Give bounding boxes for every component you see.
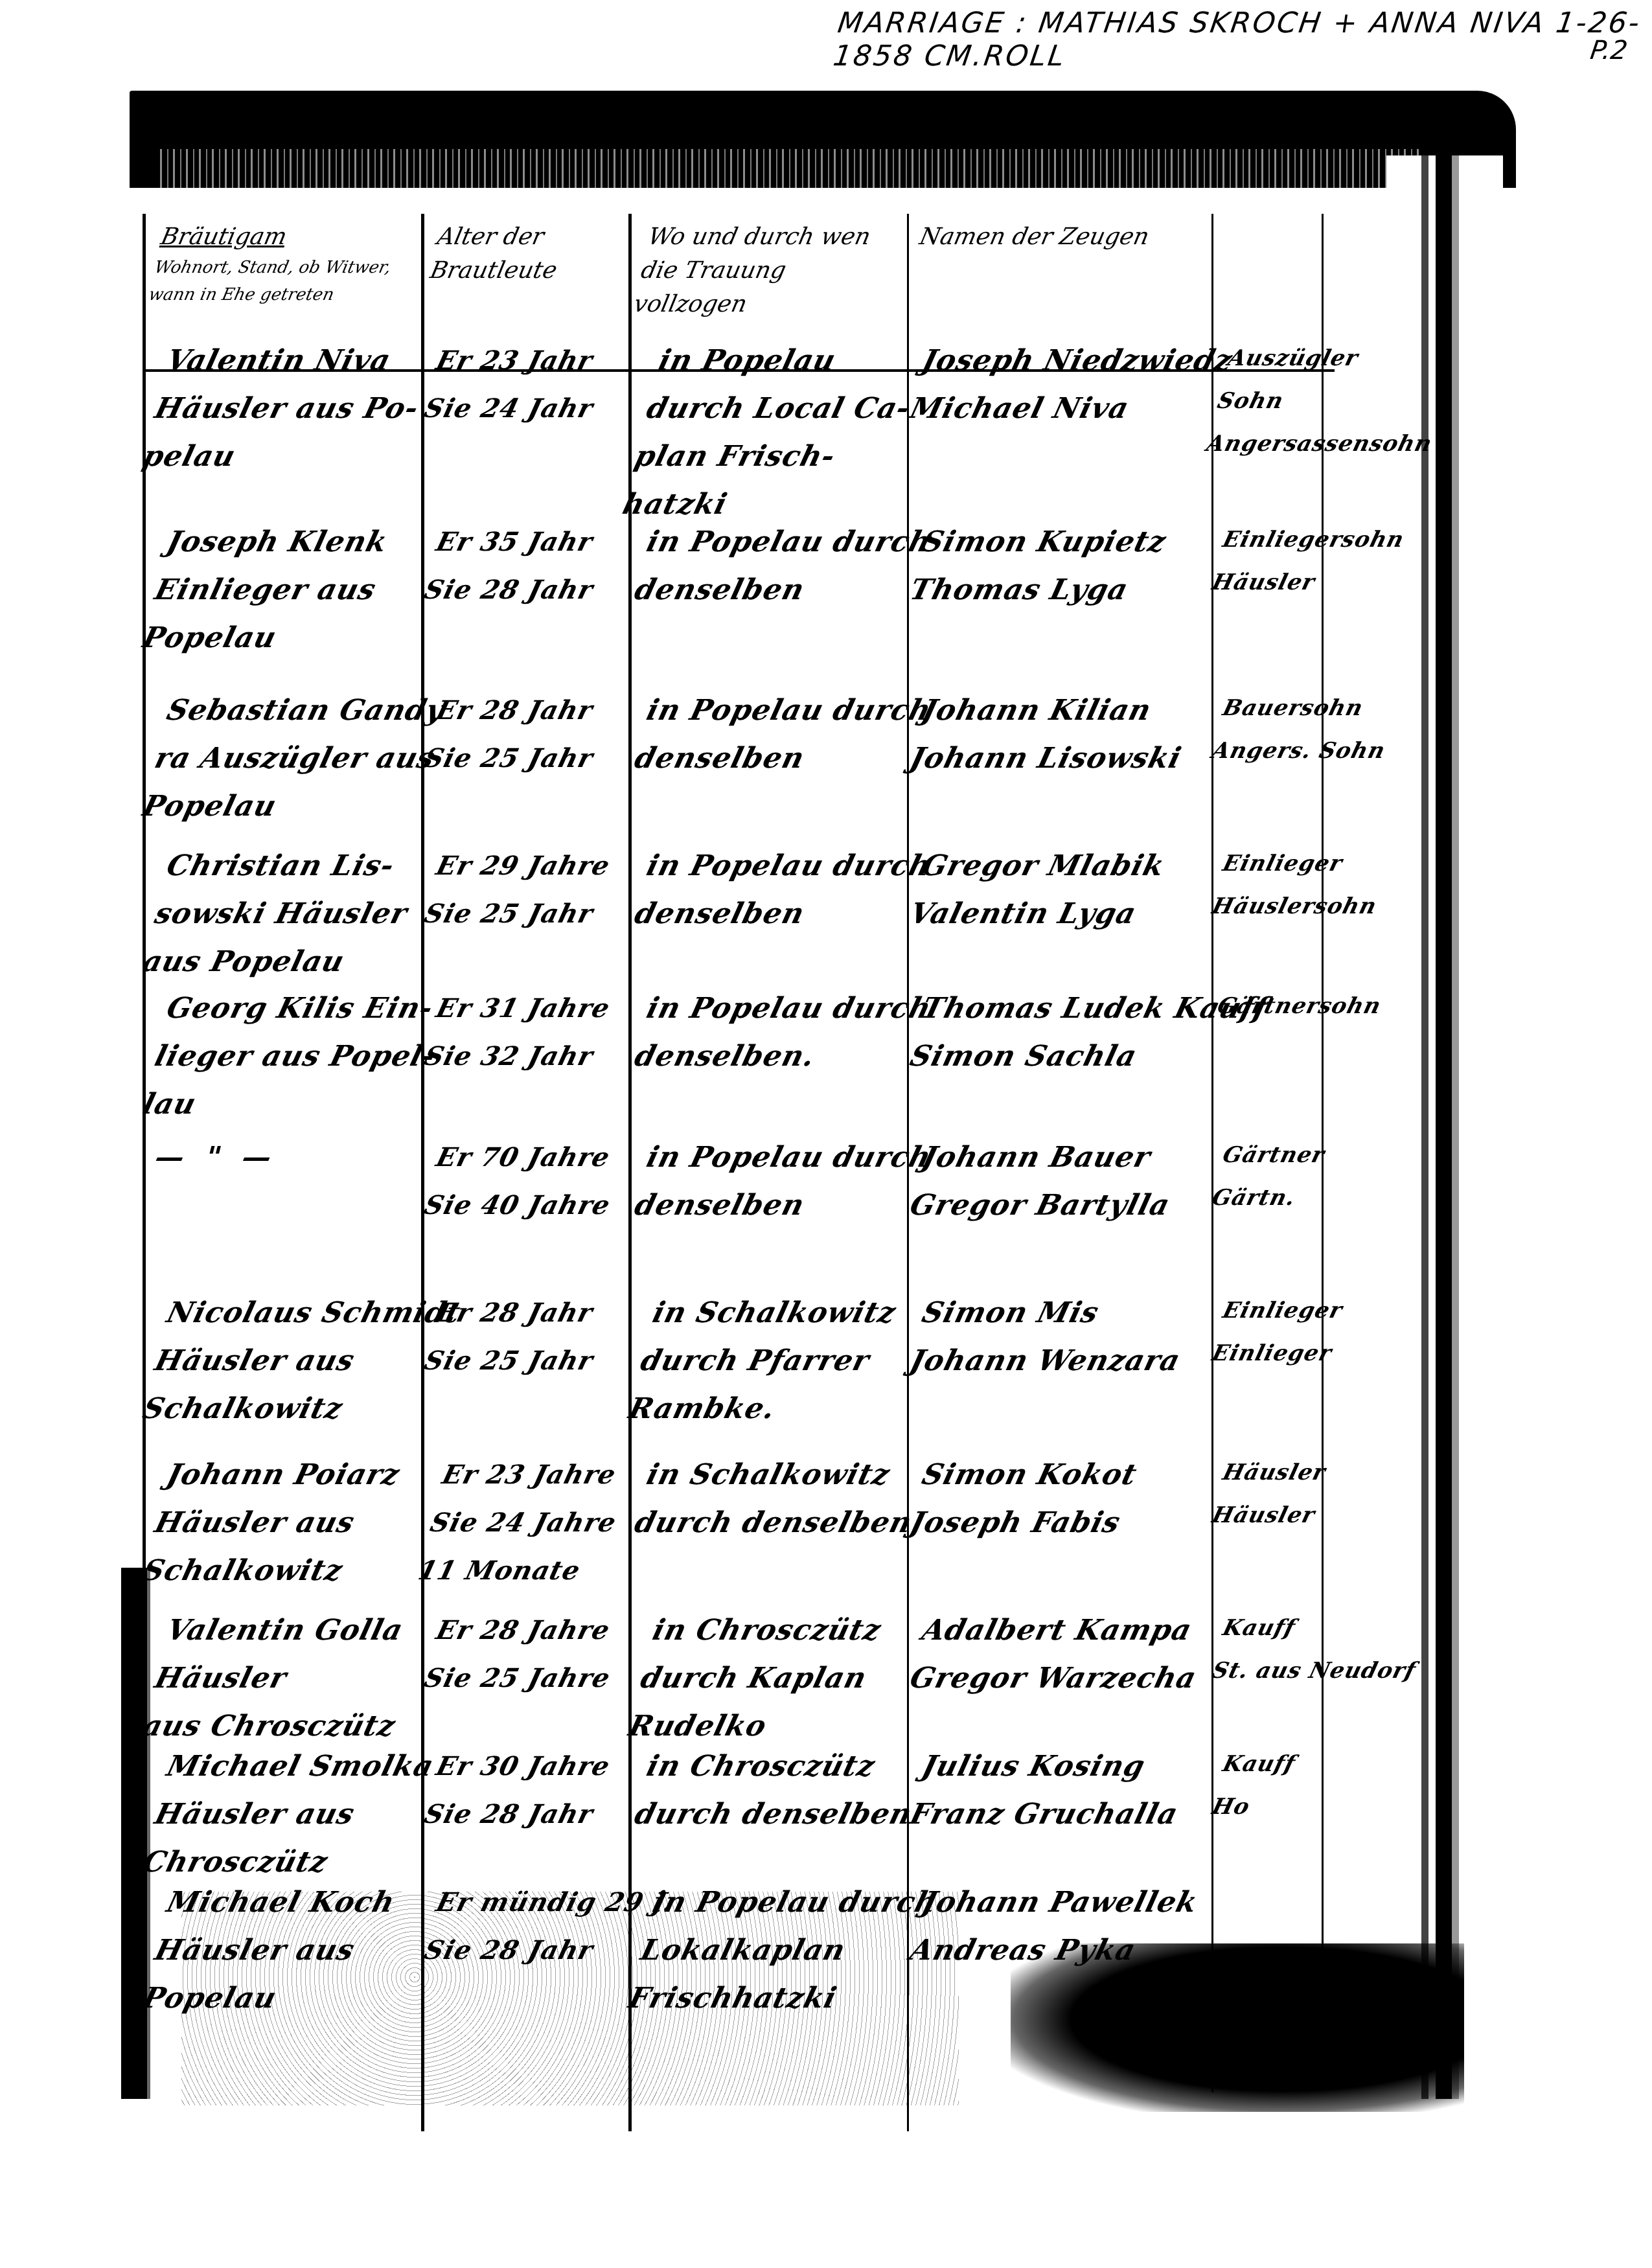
entry-groom: Michael Smolka Häusler aus Chrosczütz [137,1743,439,1886]
entry-groom: Joseph Klenk Einlieger aus Popelau [137,518,393,662]
entry-witnesses: Gregor Mlabik Valentin Lyga [905,842,1170,938]
header-age: Alter der Brautleute [427,220,629,288]
entry-witnesses: Simon Kupietz Thomas Lyga [905,518,1172,614]
entry-place: in Popelau durch denselben [630,842,937,938]
entry-witnesses: Johann Kilian Johann Lisowski [905,687,1199,783]
entry-groom: Valentin Golla Häusler aus Chrosczütz [137,1607,424,1750]
entry-age: Er 23 Jahr Sie 24 Jahr [419,337,611,433]
entry-witnesses: Julius Kosing Franz Gruchalla [905,1743,1195,1838]
header-witnesses: Namen der Zeugen [916,220,1208,254]
entry-place: in Popelau durch Lokalkaplan Frischhatzk… [623,1879,943,2022]
entry-age: Er 31 Jahre Sie 32 Jahr [419,985,615,1081]
entry-place: in Popelau durch denselben. [630,985,937,1081]
header-place: Wo und durch wen die Trauung vollzogen [630,220,911,321]
entry-remarks: Kauff St. aus Neudorf [1208,1607,1432,1692]
entry-groom: Georg Kilis Ein- lieger aus Popel- lau [137,985,453,1128]
entry-witnesses: Joseph Niedzwiedz Michael Niva [905,337,1238,433]
entry-remarks: Gärtnersohn [1213,985,1386,1027]
entry-groom: Michael Koch Häusler aus Popelau [137,1879,400,2022]
register-page: Bräutigam Wohnort, Stand, ob Witwer, wan… [104,91,1503,2112]
entry-place: in Popelau durch Local Ca- plan Frisch- … [617,337,927,529]
entry-age: Er 28 Jahre Sie 25 Jahre [419,1607,628,1702]
entry-age: Er 35 Jahr Sie 28 Jahr [419,518,611,614]
entry-remarks: Einlieger Häuslersohn [1208,842,1393,928]
scan-shadow-top [130,91,1516,188]
entry-remarks: Auszügler Sohn Angersassensohn [1202,337,1458,465]
entry-remarks: Häusler Häusler [1208,1451,1331,1537]
entry-witnesses: Simon Mis Johann Wenzara [905,1289,1198,1385]
entry-witnesses: Johann Pawellek Andreas Pyka [905,1879,1203,1975]
entry-place: in Popelau durch denselben [630,1134,937,1230]
entry-remarks: Einlieger Einlieger [1208,1289,1348,1375]
header-groom: Bräutigam Wohnort, Stand, ob Witwer, wan… [146,220,424,308]
entry-age: Er 29 Jahre Sie 25 Jahr [419,842,615,938]
entry-age: Er 23 Jahre Sie 24 Jahre 11 Monate [413,1451,634,1595]
entry-groom: Christian Lis- sowski Häusler aus Popela… [137,842,424,986]
entry-remarks: Einliegersohn Häusler [1208,518,1410,604]
entry-remarks: Gärtner Gärtn. [1208,1134,1330,1219]
entry-witnesses: Simon Kokot Joseph Fabis [905,1451,1142,1547]
entry-groom: Sebastian Gandy ra Auszügler aus Popelau [137,687,452,830]
entry-age: Er 30 Jahre Sie 28 Jahr [419,1743,615,1838]
column-rule [421,214,424,2131]
entry-place: in Schalkowitz durch denselben [630,1451,930,1547]
entry-remarks: Kauff Ho [1208,1743,1300,1828]
entry-age: Er 28 Jahr Sie 25 Jahr [419,1289,611,1385]
entry-groom: Johann Poiarz Häusler aus Schalkowitz [137,1451,405,1595]
entry-witnesses: Thomas Ludek Kauff Simon Sachla [905,985,1273,1081]
entry-place: in Popelau durch denselben [630,687,937,783]
column-rule [143,214,146,2092]
entry-witnesses: Adalbert Kampa Gregor Warzecha [905,1607,1214,1702]
entry-age: Er 28 Jahr Sie 25 Jahr [419,687,611,783]
entry-witnesses: Johann Bauer Gregor Bartylla [905,1134,1187,1230]
annotation-page-number: P.2 [1589,36,1629,65]
entry-groom: — " — [150,1134,278,1182]
entry-age: Er 70 Jahre Sie 40 Jahre [419,1134,628,1230]
entry-remarks: Bauersohn Angers. Sohn [1208,687,1401,772]
column-rule [1322,214,1324,1963]
entry-groom: Nicolaus Schmidt Häusler aus Schalkowitz [137,1289,466,1433]
entry-place: in Chrosczütz durch Kaplan Rudelko [623,1607,886,1750]
entry-place: in Chrosczütz durch denselben [630,1743,930,1838]
entry-groom: Valentin Niva Häusler aus Po- pelau [137,337,436,481]
annotation-title: MARRIAGE : MATHIAS SKROCH + ANNA NIVA 1-… [831,6,1652,73]
entry-place: in Schalkowitz durch Pfarrer Rambke. [623,1289,901,1433]
entry-place: in Popelau durch denselben [630,518,937,614]
